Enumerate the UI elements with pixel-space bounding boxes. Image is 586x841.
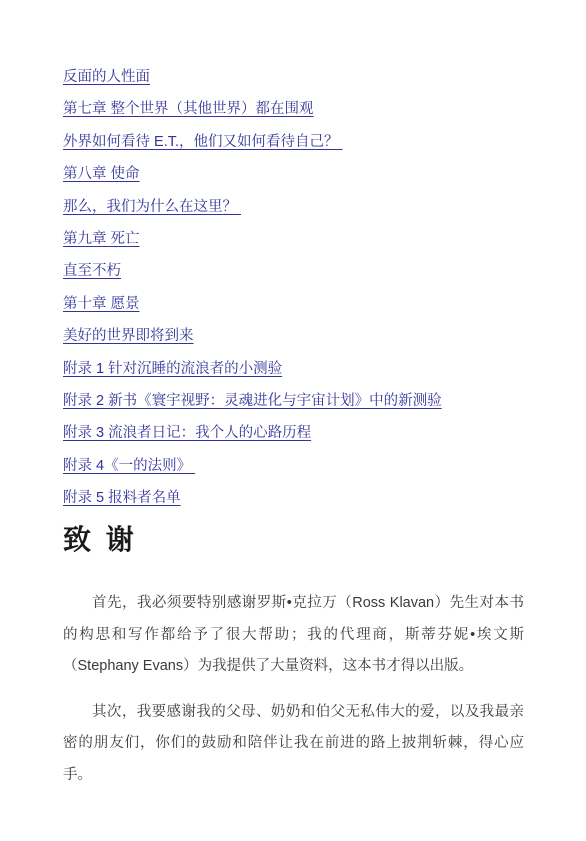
toc-item: 美好的世界即将到来 [63,320,524,352]
acknowledgments-body: 首先，我必须要特别感谢罗斯•克拉万（Ross Klavan）先生对本书的构思和写… [63,588,524,791]
toc-item: 那么，我们为什么在这里？ [63,191,524,223]
toc-link[interactable]: 附录 4《一的法则》 [63,458,195,474]
toc-link[interactable]: 美好的世界即将到来 [63,328,194,344]
toc-link[interactable]: 直至不朽 [63,263,121,279]
toc-link[interactable]: 那么，我们为什么在这里？ [63,199,241,215]
toc-link[interactable]: 附录 5 报料者名单 [63,490,181,506]
toc-item: 附录 1 针对沉睡的流浪者的小测验 [63,353,524,385]
toc-item: 附录 2 新书《寰宇视野：灵魂进化与宇宙计划》中的新测验 [63,385,524,417]
toc-item: 外界如何看待 E.T.，他们又如何看待自己？ [63,126,524,158]
toc-item: 附录 4《一的法则》 [63,450,524,482]
toc-item: 第八章 使命 [63,158,524,190]
toc-item: 第七章 整个世界（其他世界）都在围观 [63,93,524,125]
toc-link[interactable]: 附录 3 流浪者日记：我个人的心路历程 [63,425,311,441]
toc-item: 附录 3 流浪者日记：我个人的心路历程 [63,417,524,449]
table-of-contents: 反面的人性面第七章 整个世界（其他世界）都在围观外界如何看待 E.T.，他们又如… [63,61,524,514]
toc-link[interactable]: 第七章 整个世界（其他世界）都在围观 [63,101,314,117]
toc-item: 直至不朽 [63,255,524,287]
toc-link[interactable]: 附录 1 针对沉睡的流浪者的小测验 [63,361,282,377]
acknowledgments-paragraph: 首先，我必须要特别感谢罗斯•克拉万（Ross Klavan）先生对本书的构思和写… [63,588,524,683]
toc-item: 附录 5 报料者名单 [63,482,524,514]
toc-item: 反面的人性面 [63,61,524,93]
toc-link[interactable]: 附录 2 新书《寰宇视野：灵魂进化与宇宙计划》中的新测验 [63,393,442,409]
toc-link[interactable]: 反面的人性面 [63,69,150,85]
acknowledgments-paragraph: 其次，我要感谢我的父母、奶奶和伯父无私伟大的爱，以及我最亲密的朋友们，你们的鼓励… [63,697,524,792]
acknowledgments-heading: 致 谢 [63,522,524,558]
toc-link[interactable]: 第八章 使命 [63,166,140,182]
toc-link[interactable]: 第十章 愿景 [63,296,140,312]
toc-link[interactable]: 外界如何看待 E.T.，他们又如何看待自己？ [63,134,343,150]
toc-link[interactable]: 第九章 死亡 [63,231,140,247]
document-page: 反面的人性面第七章 整个世界（其他世界）都在围观外界如何看待 E.T.，他们又如… [0,0,586,841]
toc-item: 第十章 愿景 [63,288,524,320]
toc-item: 第九章 死亡 [63,223,524,255]
